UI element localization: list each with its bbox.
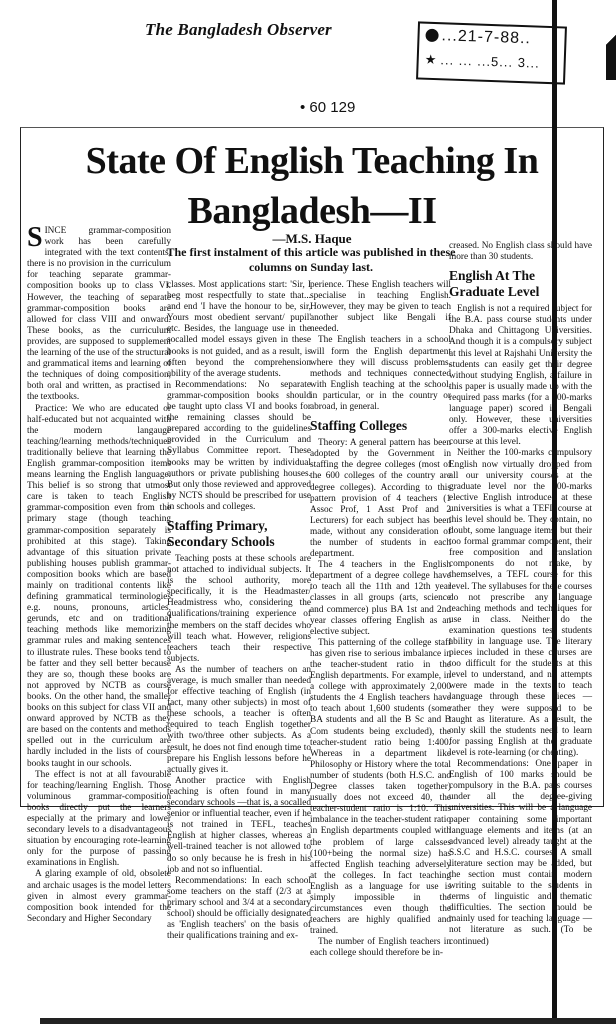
paragraph: Recommendations: One paper in English of… xyxy=(449,759,592,948)
paragraph: perience. These English teachers will sp… xyxy=(310,280,451,335)
page-corner xyxy=(606,0,616,80)
headline: State Of English Teaching In Bangladesh—… xyxy=(21,136,603,236)
star-icon: ★ xyxy=(424,52,437,68)
stamp-page: ... ... ...5... 3... xyxy=(440,52,540,70)
stamp-date-row: ...21-7-88.. xyxy=(425,27,531,49)
paragraph: SINCE grammar-composition work has been … xyxy=(27,226,171,404)
paragraph: A glaring example of old, obsolete and a… xyxy=(27,869,171,924)
paragraph: Another practice with English teaching i… xyxy=(167,776,311,876)
section-heading: Staffing Primary, Secondary Schools xyxy=(167,518,311,550)
binding-strip xyxy=(552,0,557,1024)
paragraph: Theory: A general pattern has been adopt… xyxy=(310,438,451,560)
date-stamp: ...21-7-88.. ★... ... ...5... 3... xyxy=(416,21,567,84)
paragraph: As the number of teachers on an average,… xyxy=(167,665,311,776)
paragraph: The 4 teachers in the English department… xyxy=(310,560,451,638)
stamp-page-row: ★... ... ...5... 3... xyxy=(424,52,540,72)
page-bottom-edge xyxy=(40,1018,616,1024)
section-heading: English At The Graduate Level xyxy=(449,268,592,300)
article-column-2: classes. Most applications start: 'Sir, … xyxy=(167,280,311,942)
article-box: State Of English Teaching In Bangladesh—… xyxy=(20,127,604,807)
ink-blot-icon xyxy=(425,29,438,42)
article-column-1: SINCE grammar-composition work has been … xyxy=(27,226,171,925)
stamp-date: ...21-7-88.. xyxy=(441,27,531,47)
paragraph: Practice: We who are educated or half-ed… xyxy=(27,404,171,770)
paragraph: This patterning of the college staff has… xyxy=(310,638,451,938)
masthead-title: The Bangladesh Observer xyxy=(145,20,332,40)
article-column-3: perience. These English teachers will sp… xyxy=(310,280,451,960)
article-column-4: creased. No English class should have mo… xyxy=(449,241,592,948)
paragraph: English is not a required subject for th… xyxy=(449,304,592,448)
paragraph: Recommendations: No separate grammar-com… xyxy=(167,380,311,513)
paragraph-text: INCE grammar-composition work has been c… xyxy=(27,226,171,402)
drop-cap: S xyxy=(27,227,43,249)
paragraph: The English teachers in a school will fo… xyxy=(310,335,451,413)
standfirst: The first instalment of this article was… xyxy=(166,245,456,275)
paragraph: classes. Most applications start: 'Sir, … xyxy=(167,280,311,380)
paragraph: The effect is not at all favourable for … xyxy=(27,770,171,870)
paragraph: Teaching posts at these schools are not … xyxy=(167,554,311,665)
section-heading: Staffing Colleges xyxy=(310,418,451,434)
paragraph: The number of English teachers in each c… xyxy=(310,937,451,959)
paragraph: Neither the 100-marks compulsory English… xyxy=(449,448,592,759)
paragraph: creased. No English class should have mo… xyxy=(449,241,592,263)
page-number: • 60 129 xyxy=(300,99,355,116)
paragraph: Recommendations: In each school some tea… xyxy=(167,876,311,943)
